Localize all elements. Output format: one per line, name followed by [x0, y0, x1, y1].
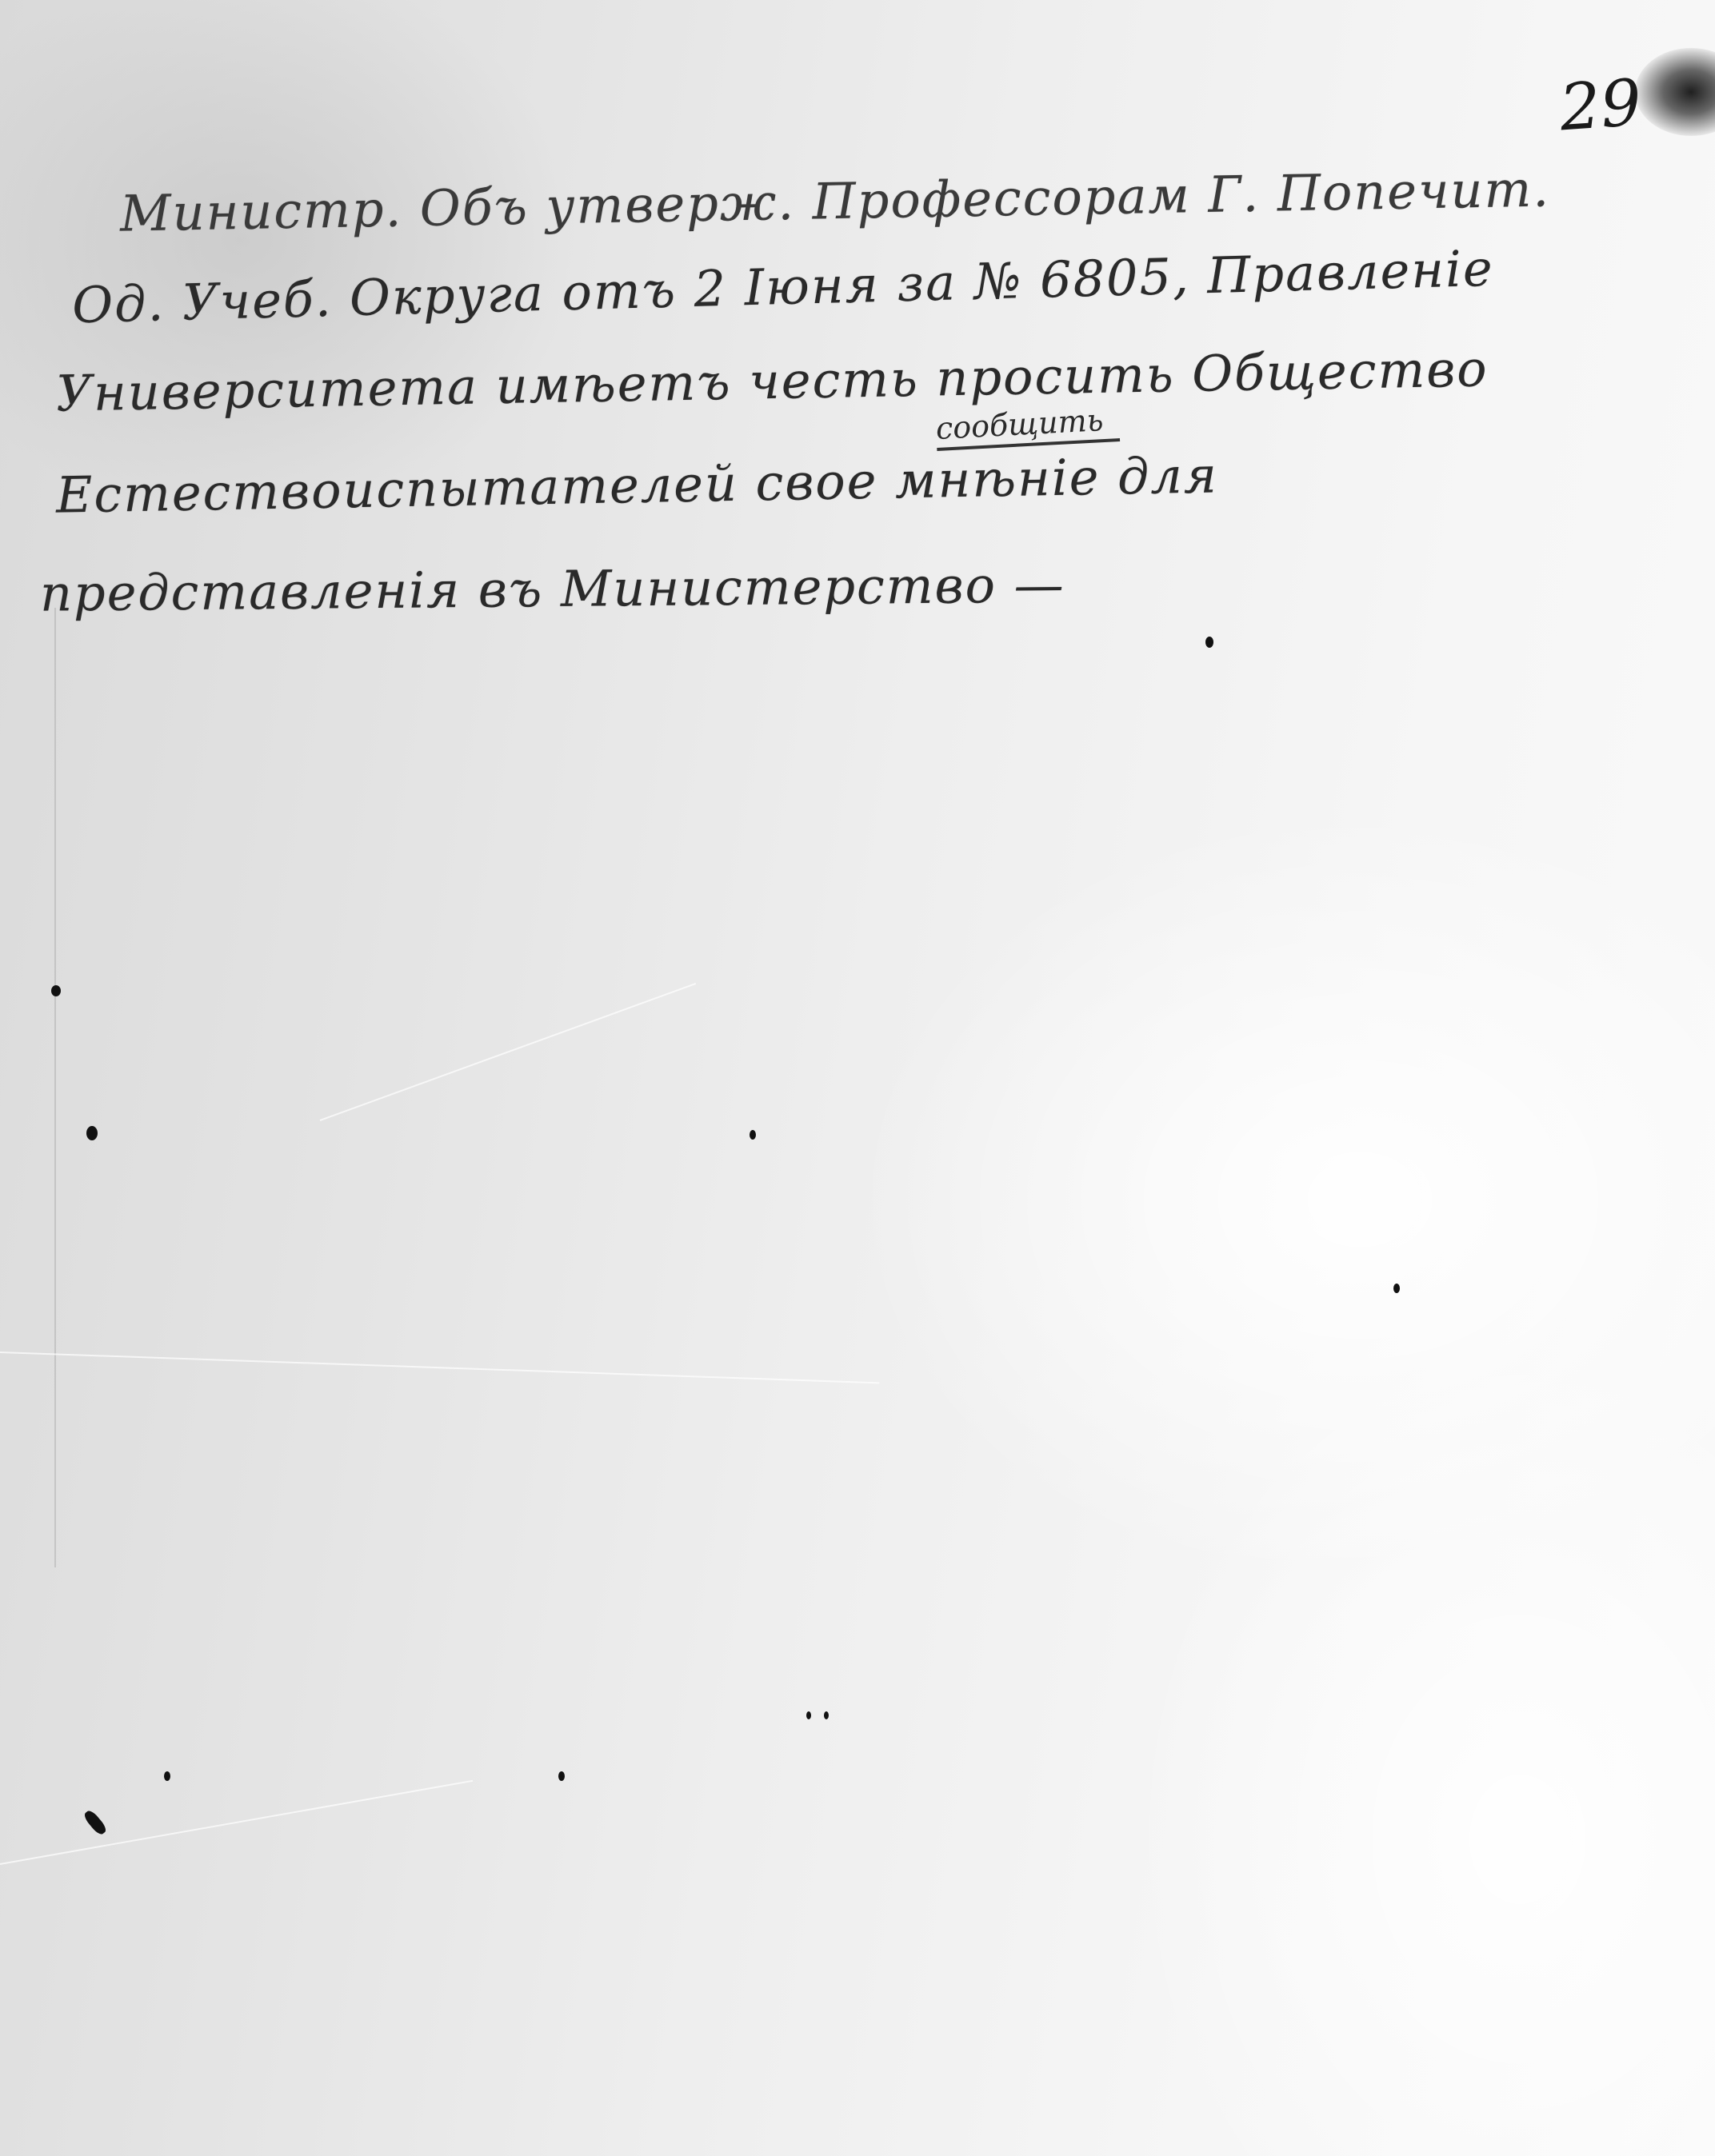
- paper-scratch: [0, 1780, 473, 1865]
- ink-speck: [806, 1711, 811, 1719]
- page-number: 29: [1557, 66, 1644, 146]
- manuscript-line-2: Од. Учеб. Округа отъ 2 Іюня за № 6805, П…: [71, 239, 1494, 335]
- paper-scratch: [0, 1351, 879, 1383]
- ink-speck: [750, 1130, 756, 1140]
- ink-speck: [1205, 637, 1213, 648]
- manuscript-line-4: Естествоиспытателей свое мнѣніе для: [55, 445, 1218, 524]
- margin-fold-line: [54, 608, 56, 1567]
- manuscript-line-3: Университета имѣетъ честь просить Общест…: [55, 339, 1489, 422]
- ink-speck: [824, 1711, 829, 1719]
- paper-scratch: [320, 983, 697, 1121]
- edge-smudge: [1635, 48, 1715, 136]
- ink-speck: [86, 1126, 98, 1140]
- manuscript-line-1: Министр. Объ утверж. Профессорам Г. Попе…: [119, 159, 1550, 242]
- interlinear-insertion: сообщить: [935, 401, 1121, 451]
- ink-speck: [1393, 1284, 1400, 1293]
- ink-speck: [164, 1771, 170, 1781]
- manuscript-line-5: представленія въ Министерство —: [40, 555, 1065, 622]
- ink-speck: [82, 1808, 109, 1836]
- ink-speck: [51, 985, 61, 996]
- ink-speck: [558, 1771, 565, 1781]
- manuscript-page: 29 Министр. Объ утверж. Профессорам Г. П…: [0, 0, 1715, 2156]
